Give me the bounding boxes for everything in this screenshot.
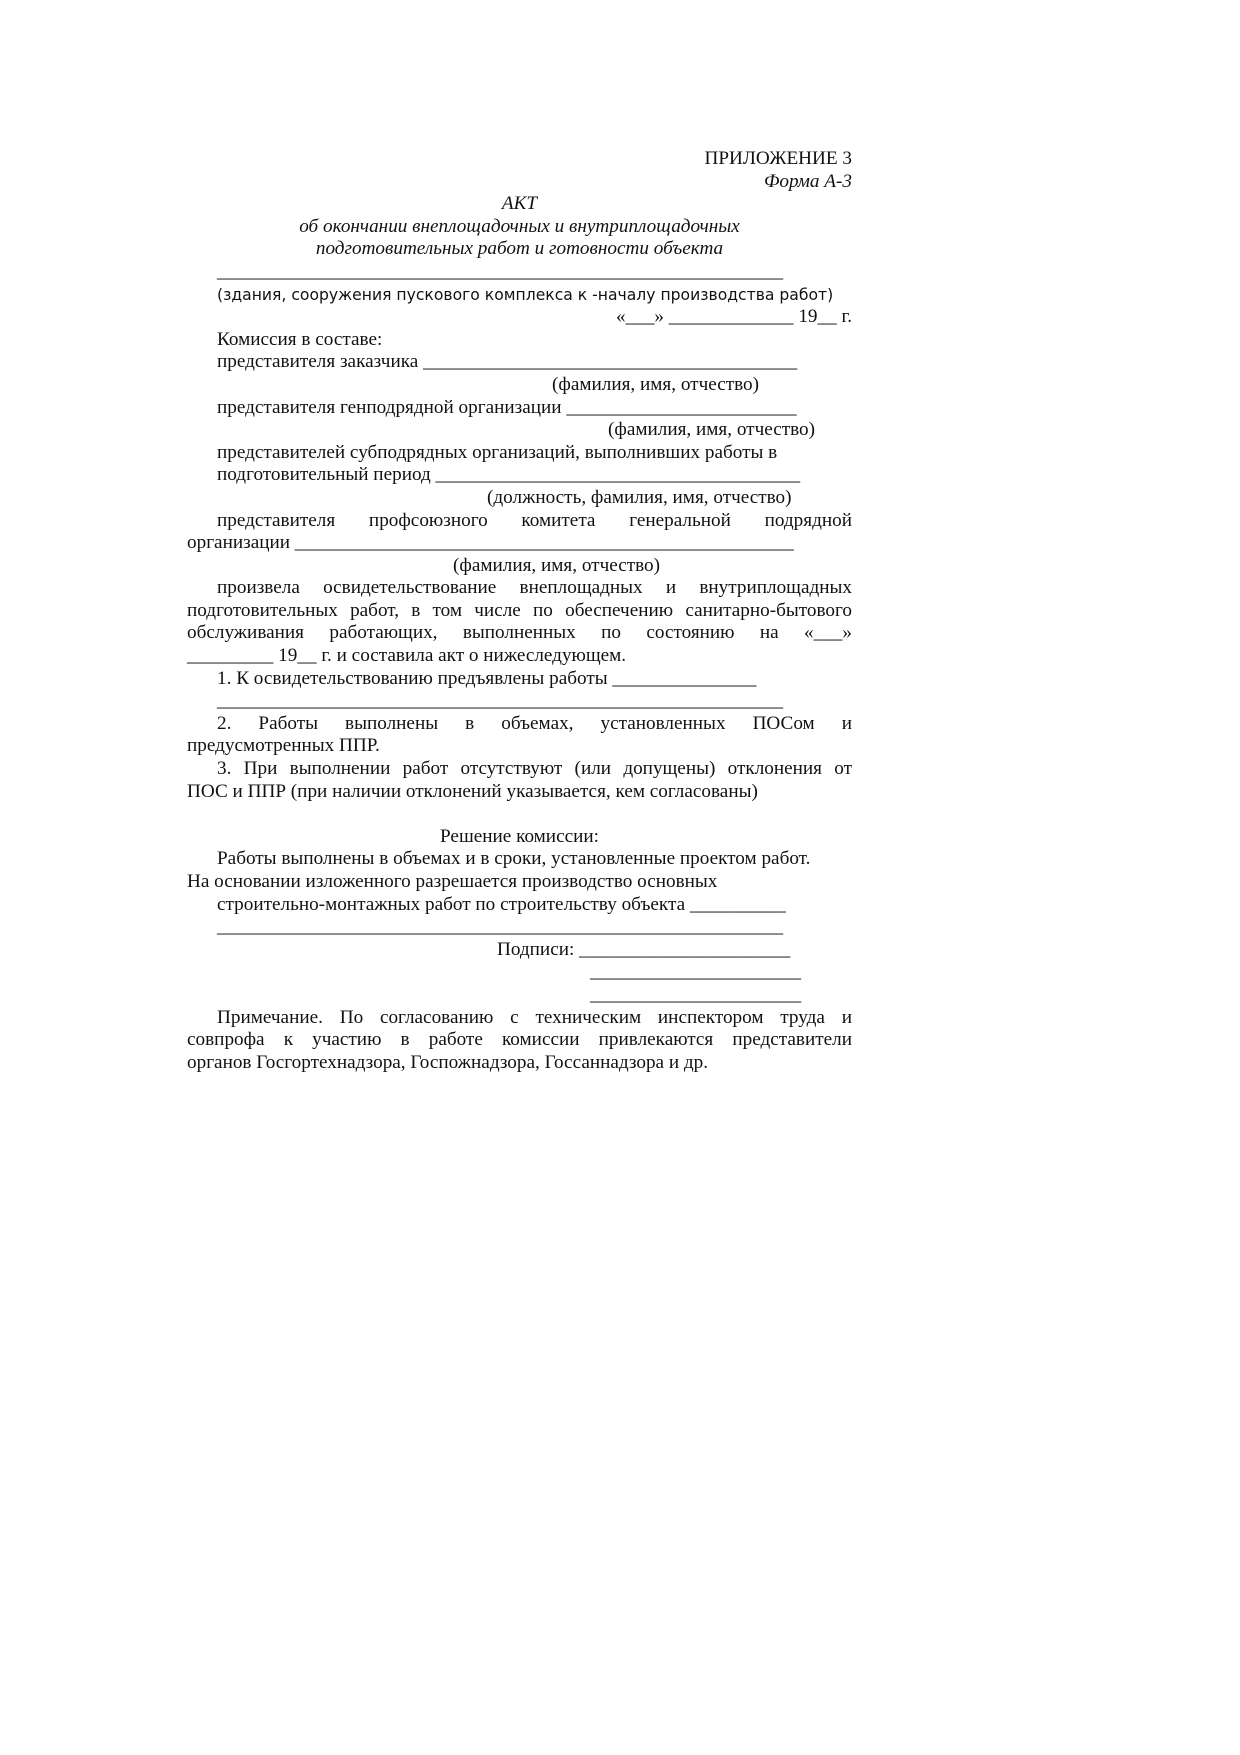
- item3-line2: ПОС и ППР (при наличии отклонений указыв…: [187, 781, 852, 804]
- item2-line2: предусмотренных ППР.: [187, 735, 852, 758]
- act-title: АКТ: [187, 193, 852, 216]
- subcontractor-rep-caption: (должность, фамилия, имя, отчество): [187, 487, 852, 510]
- note-line3: органов Госгортехнадзора, Госпожнадзора,…: [187, 1052, 852, 1075]
- appendix-label: ПРИЛОЖЕНИЕ 3: [187, 148, 852, 171]
- signature-row-1: Подписи: ______________________: [187, 939, 852, 962]
- decision-object-blank[interactable]: ________________________________________…: [187, 916, 852, 939]
- act-subtitle-line2: подготовительных работ и готовности объе…: [187, 238, 852, 261]
- object-name-caption: (здания, сооружения пускового комплекса …: [187, 284, 852, 307]
- inspection-paragraph: произвела освидетельствование внеплощадн…: [187, 577, 852, 667]
- commission-intro: Комиссия в составе:: [187, 329, 852, 352]
- note-line1: Примечание. По согласованию с технически…: [187, 1007, 852, 1030]
- item2-line1: 2. Работы выполнены в объемах, установле…: [187, 713, 852, 736]
- signature-field-3[interactable]: ______________________: [187, 984, 852, 1007]
- document-page: ПРИЛОЖЕНИЕ 3 Форма А-3 АКТ об окончании …: [187, 148, 852, 1074]
- item1-works-field[interactable]: 1. К освидетельствованию предъявлены раб…: [187, 668, 852, 691]
- item1-works-blank[interactable]: ________________________________________…: [187, 690, 852, 713]
- decision-heading: Решение комиссии:: [187, 826, 852, 849]
- general-contractor-rep-field[interactable]: представителя генподрядной организации _…: [187, 397, 852, 420]
- act-subtitle-line1: об окончании внеплощадочных и внутриплощ…: [187, 216, 852, 239]
- subcontractor-rep-field[interactable]: подготовительный период ________________…: [187, 464, 852, 487]
- union-rep-caption: (фамилия, имя, отчество): [187, 555, 852, 578]
- customer-rep-field[interactable]: представителя заказчика ________________…: [187, 351, 852, 374]
- inspection-line: подготовительных работ, в том числе по о…: [187, 600, 852, 623]
- union-rep-field[interactable]: организации ____________________________…: [187, 532, 852, 555]
- inspection-line: произвела освидетельствование внеплощадн…: [187, 577, 852, 600]
- subcontractor-rep-line1: представителей субподрядных организаций,…: [187, 442, 852, 465]
- customer-rep-caption: (фамилия, имя, отчество): [187, 374, 852, 397]
- decision-object-field[interactable]: строительно-монтажных работ по строитель…: [187, 894, 852, 917]
- object-name-field[interactable]: ________________________________________…: [187, 261, 852, 284]
- signature-field-2[interactable]: ______________________: [187, 961, 852, 984]
- general-contractor-rep-caption: (фамилия, имя, отчество): [187, 419, 852, 442]
- signature-field-1[interactable]: ______________________: [579, 939, 790, 960]
- form-label: Форма А-3: [187, 171, 852, 194]
- date-field[interactable]: «___» _____________ 19__ г.: [187, 306, 852, 329]
- spacer: [187, 803, 852, 826]
- inspection-date-field[interactable]: _________ 19__ г. и составила акт о ниже…: [187, 645, 852, 668]
- item3-line1: 3. При выполнении работ отсутствуют (или…: [187, 758, 852, 781]
- inspection-line: обслуживания работающих, выполненных по …: [187, 622, 852, 645]
- signatures-label: Подписи:: [497, 939, 574, 960]
- decision-line1: Работы выполнены в объемах и в сроки, ус…: [187, 848, 852, 871]
- decision-line2: На основании изложенного разрешается про…: [187, 871, 852, 894]
- union-rep-line1: представителя профсоюзного комитета гене…: [187, 510, 852, 533]
- note-line2: совпрофа к участию в работе комиссии при…: [187, 1029, 852, 1052]
